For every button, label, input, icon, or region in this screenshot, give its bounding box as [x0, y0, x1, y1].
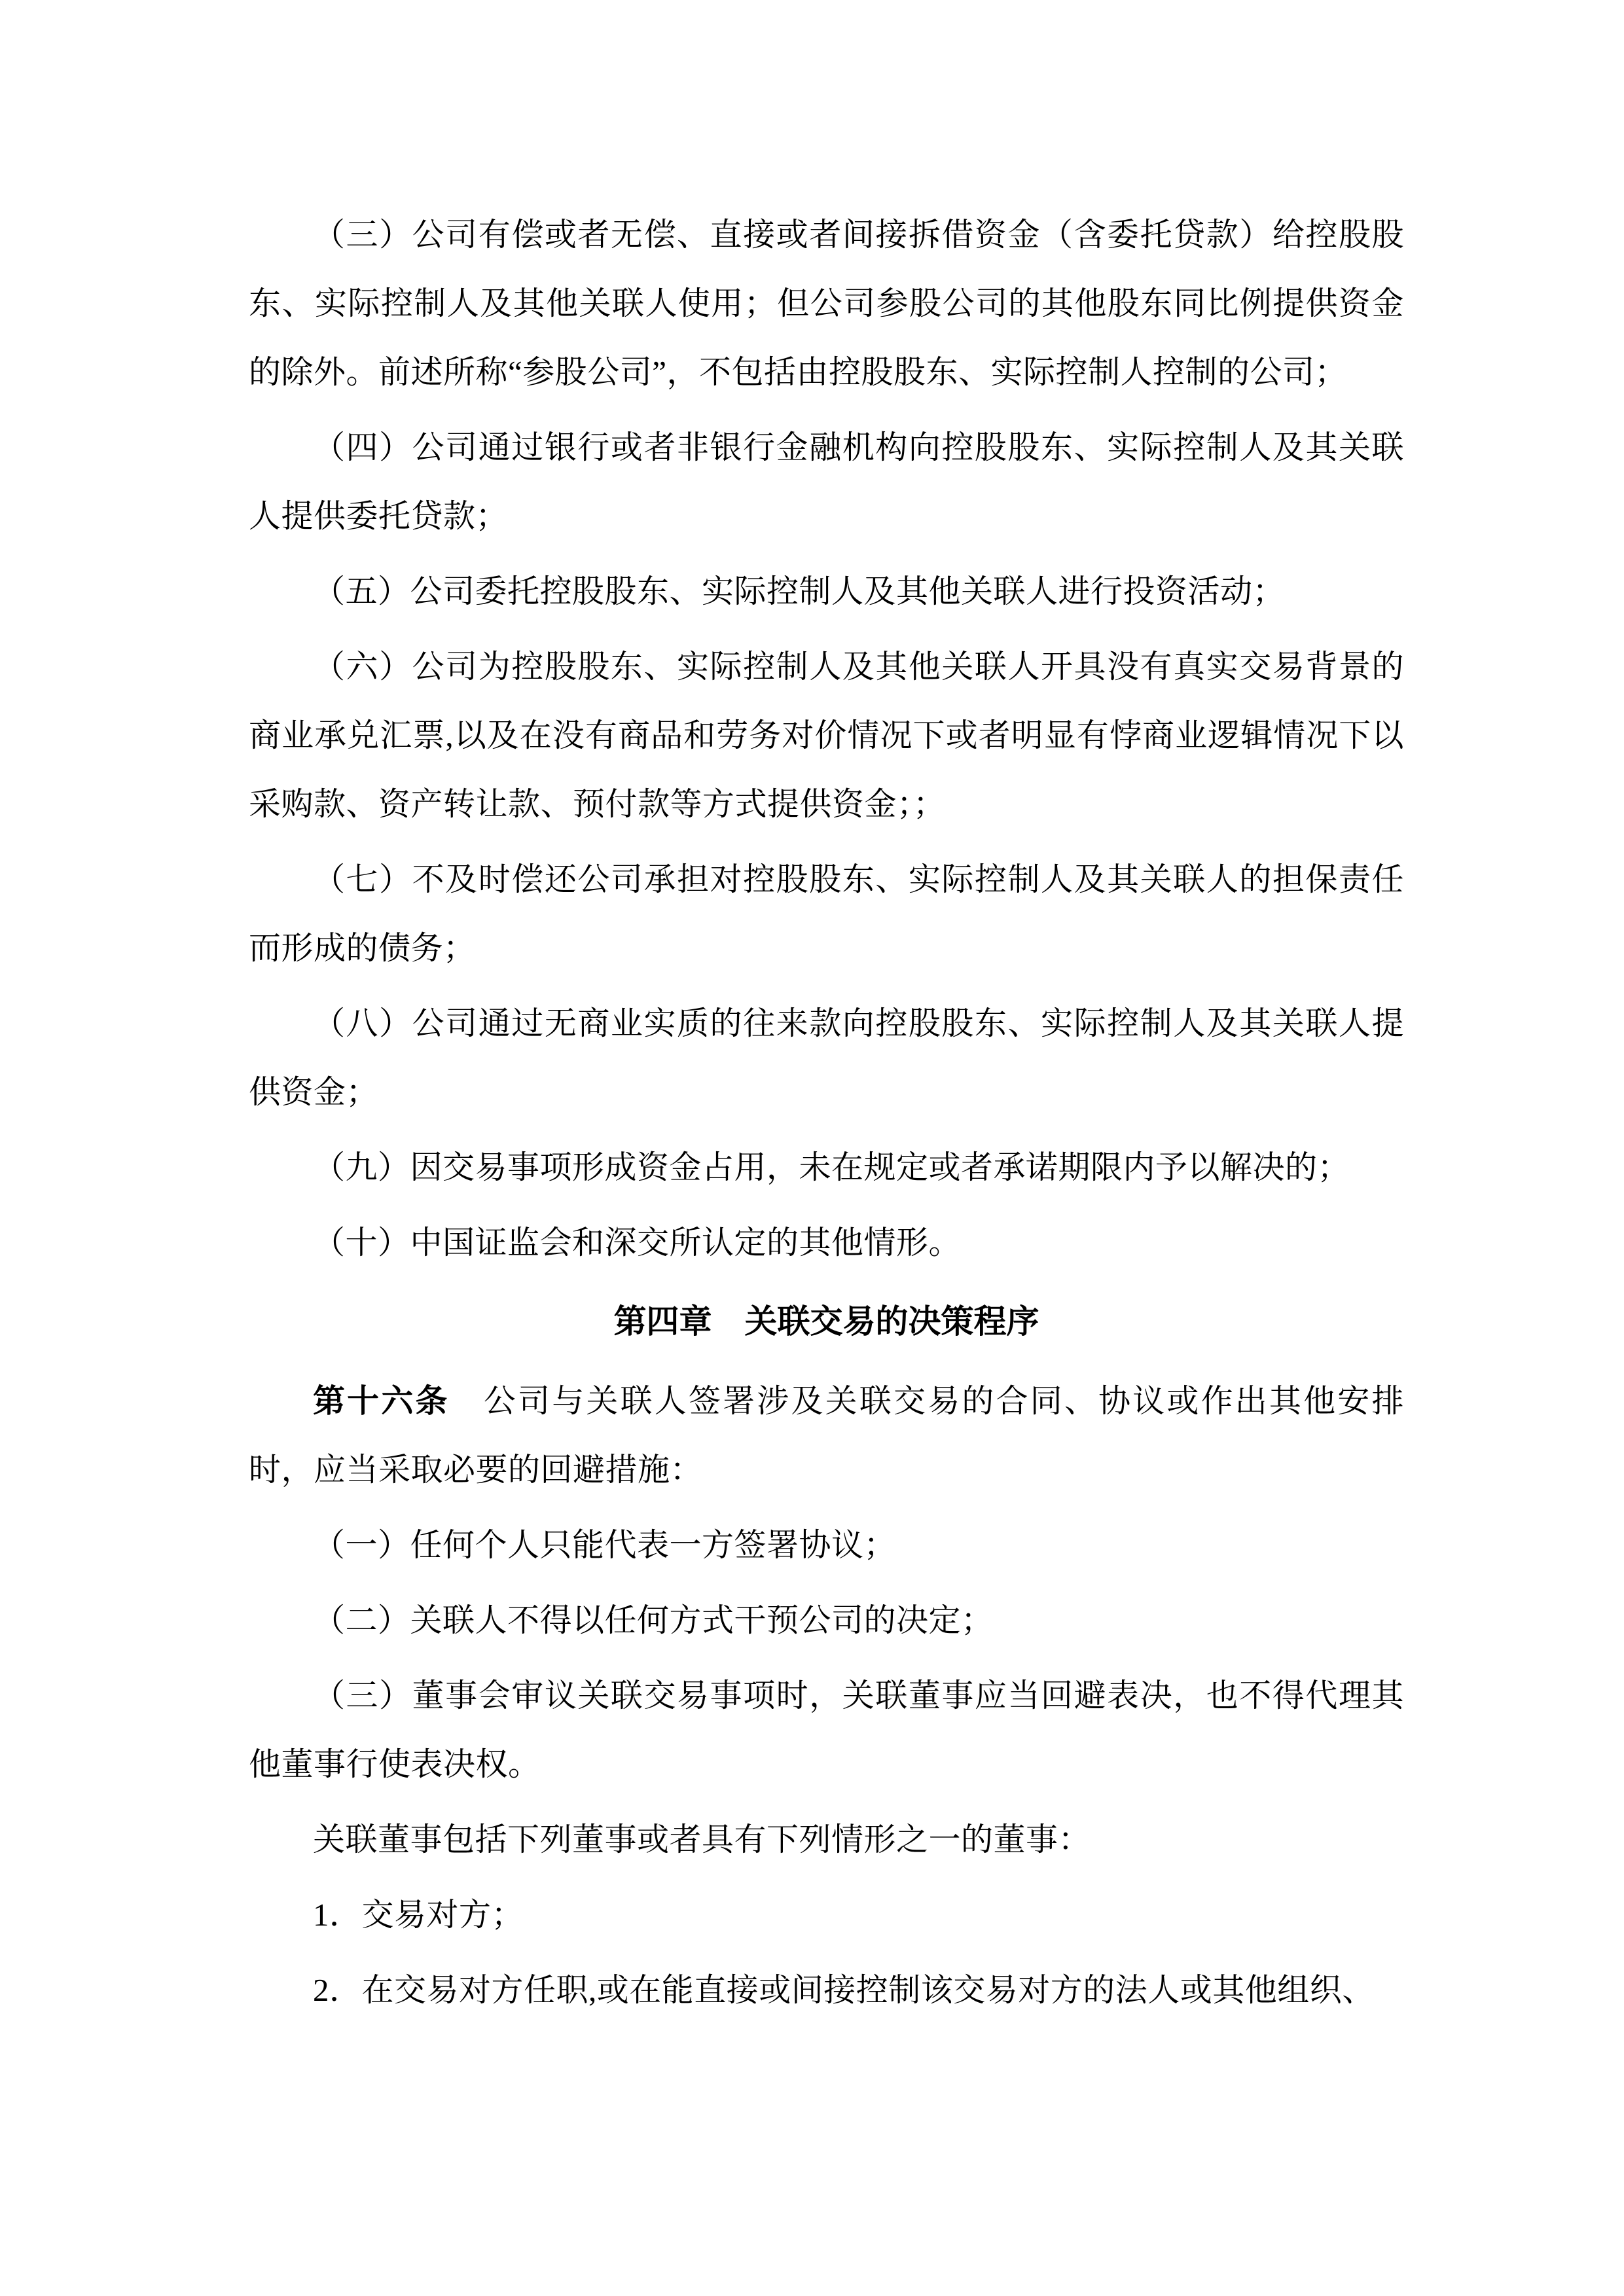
clause-7: （七）不及时偿还公司承担对控股股东、实际控制人及其关联人的担保责任而形成的债务； — [249, 845, 1404, 982]
chapter-4-heading: 第四章 关联交易的决策程序 — [249, 1287, 1404, 1356]
document-page: （三）公司有偿或者无偿、直接或者间接拆借资金（含委托贷款）给控股股东、实际控制人… — [0, 0, 1624, 2296]
clause-4: （四）公司通过银行或者非银行金融机构向控股股东、实际控制人及其关联人提供委托贷款… — [249, 413, 1404, 550]
measure-1: （一）任何个人只能代表一方签署协议； — [249, 1511, 1404, 1579]
clause-8: （八）公司通过无商业实质的往来款向控股股东、实际控制人及其关联人提供资金； — [249, 989, 1404, 1126]
related-director-item-2: 2．在交易对方任职,或在能直接或间接控制该交易对方的法人或其他组织、 — [249, 1956, 1404, 2024]
clause-9: （九）因交易事项形成资金占用，未在规定或者承诺期限内予以解决的； — [249, 1133, 1404, 1202]
clause-10: （十）中国证监会和深交所认定的其他情形。 — [249, 1208, 1404, 1277]
related-director-item-1: 1．交易对方； — [249, 1880, 1404, 1949]
article-16-paragraph: 第十六条 公司与关联人签署涉及关联交易的合同、协议或作出其他安排时，应当采取必要… — [249, 1367, 1404, 1504]
article-16-number: 第十六条 — [313, 1383, 450, 1419]
measure-2: （二）关联人不得以任何方式干预公司的决定； — [249, 1586, 1404, 1655]
measure-3: （三）董事会审议关联交易事项时，关联董事应当回避表决，也不得代理其他董事行使表决… — [249, 1661, 1404, 1799]
clause-5: （五）公司委托控股股东、实际控制人及其他关联人进行投资活动； — [249, 557, 1404, 626]
related-directors-intro: 关联董事包括下列董事或者具有下列情形之一的董事： — [249, 1805, 1404, 1874]
clause-3: （三）公司有偿或者无偿、直接或者间接拆借资金（含委托贷款）给控股股东、实际控制人… — [249, 200, 1404, 406]
clause-6: （六）公司为控股股东、实际控制人及其他关联人开具没有真实交易背景的商业承兑汇票,… — [249, 632, 1404, 838]
